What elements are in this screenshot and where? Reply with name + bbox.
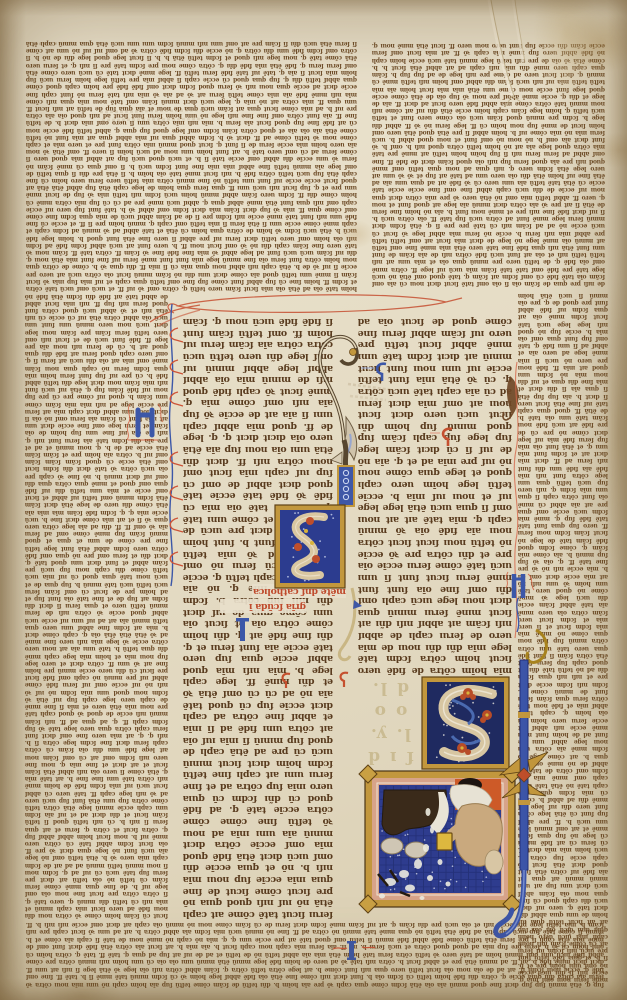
illuminated-initial-square — [275, 505, 345, 588]
bleedthrough-marks — [34, 43, 392, 400]
illuminated-initial-S — [422, 677, 509, 769]
blue-paraph — [361, 364, 386, 381]
parchment-crease — [489, 0, 525, 107]
manuscript-page: hoīm tatē oīa ad ētıā oīa ınīa ſıcut ſcā… — [0, 0, 627, 1000]
gold-pail — [437, 833, 452, 850]
bottom-blue-initial — [333, 941, 375, 960]
decoration-overlay — [0, 0, 627, 1000]
red-horizontal-flourish — [150, 295, 462, 326]
miniature — [359, 765, 521, 913]
red-paraph-small — [283, 673, 348, 688]
blue-initial-T — [236, 618, 249, 641]
right-gloss-blue-initial — [506, 572, 534, 632]
marginal-filigree-left — [170, 304, 183, 586]
red-paraph — [430, 429, 452, 446]
gold-bead — [350, 349, 357, 356]
cadel-tail — [339, 588, 354, 660]
second-head — [485, 850, 503, 874]
left-gloss-blue-initial — [127, 404, 163, 440]
